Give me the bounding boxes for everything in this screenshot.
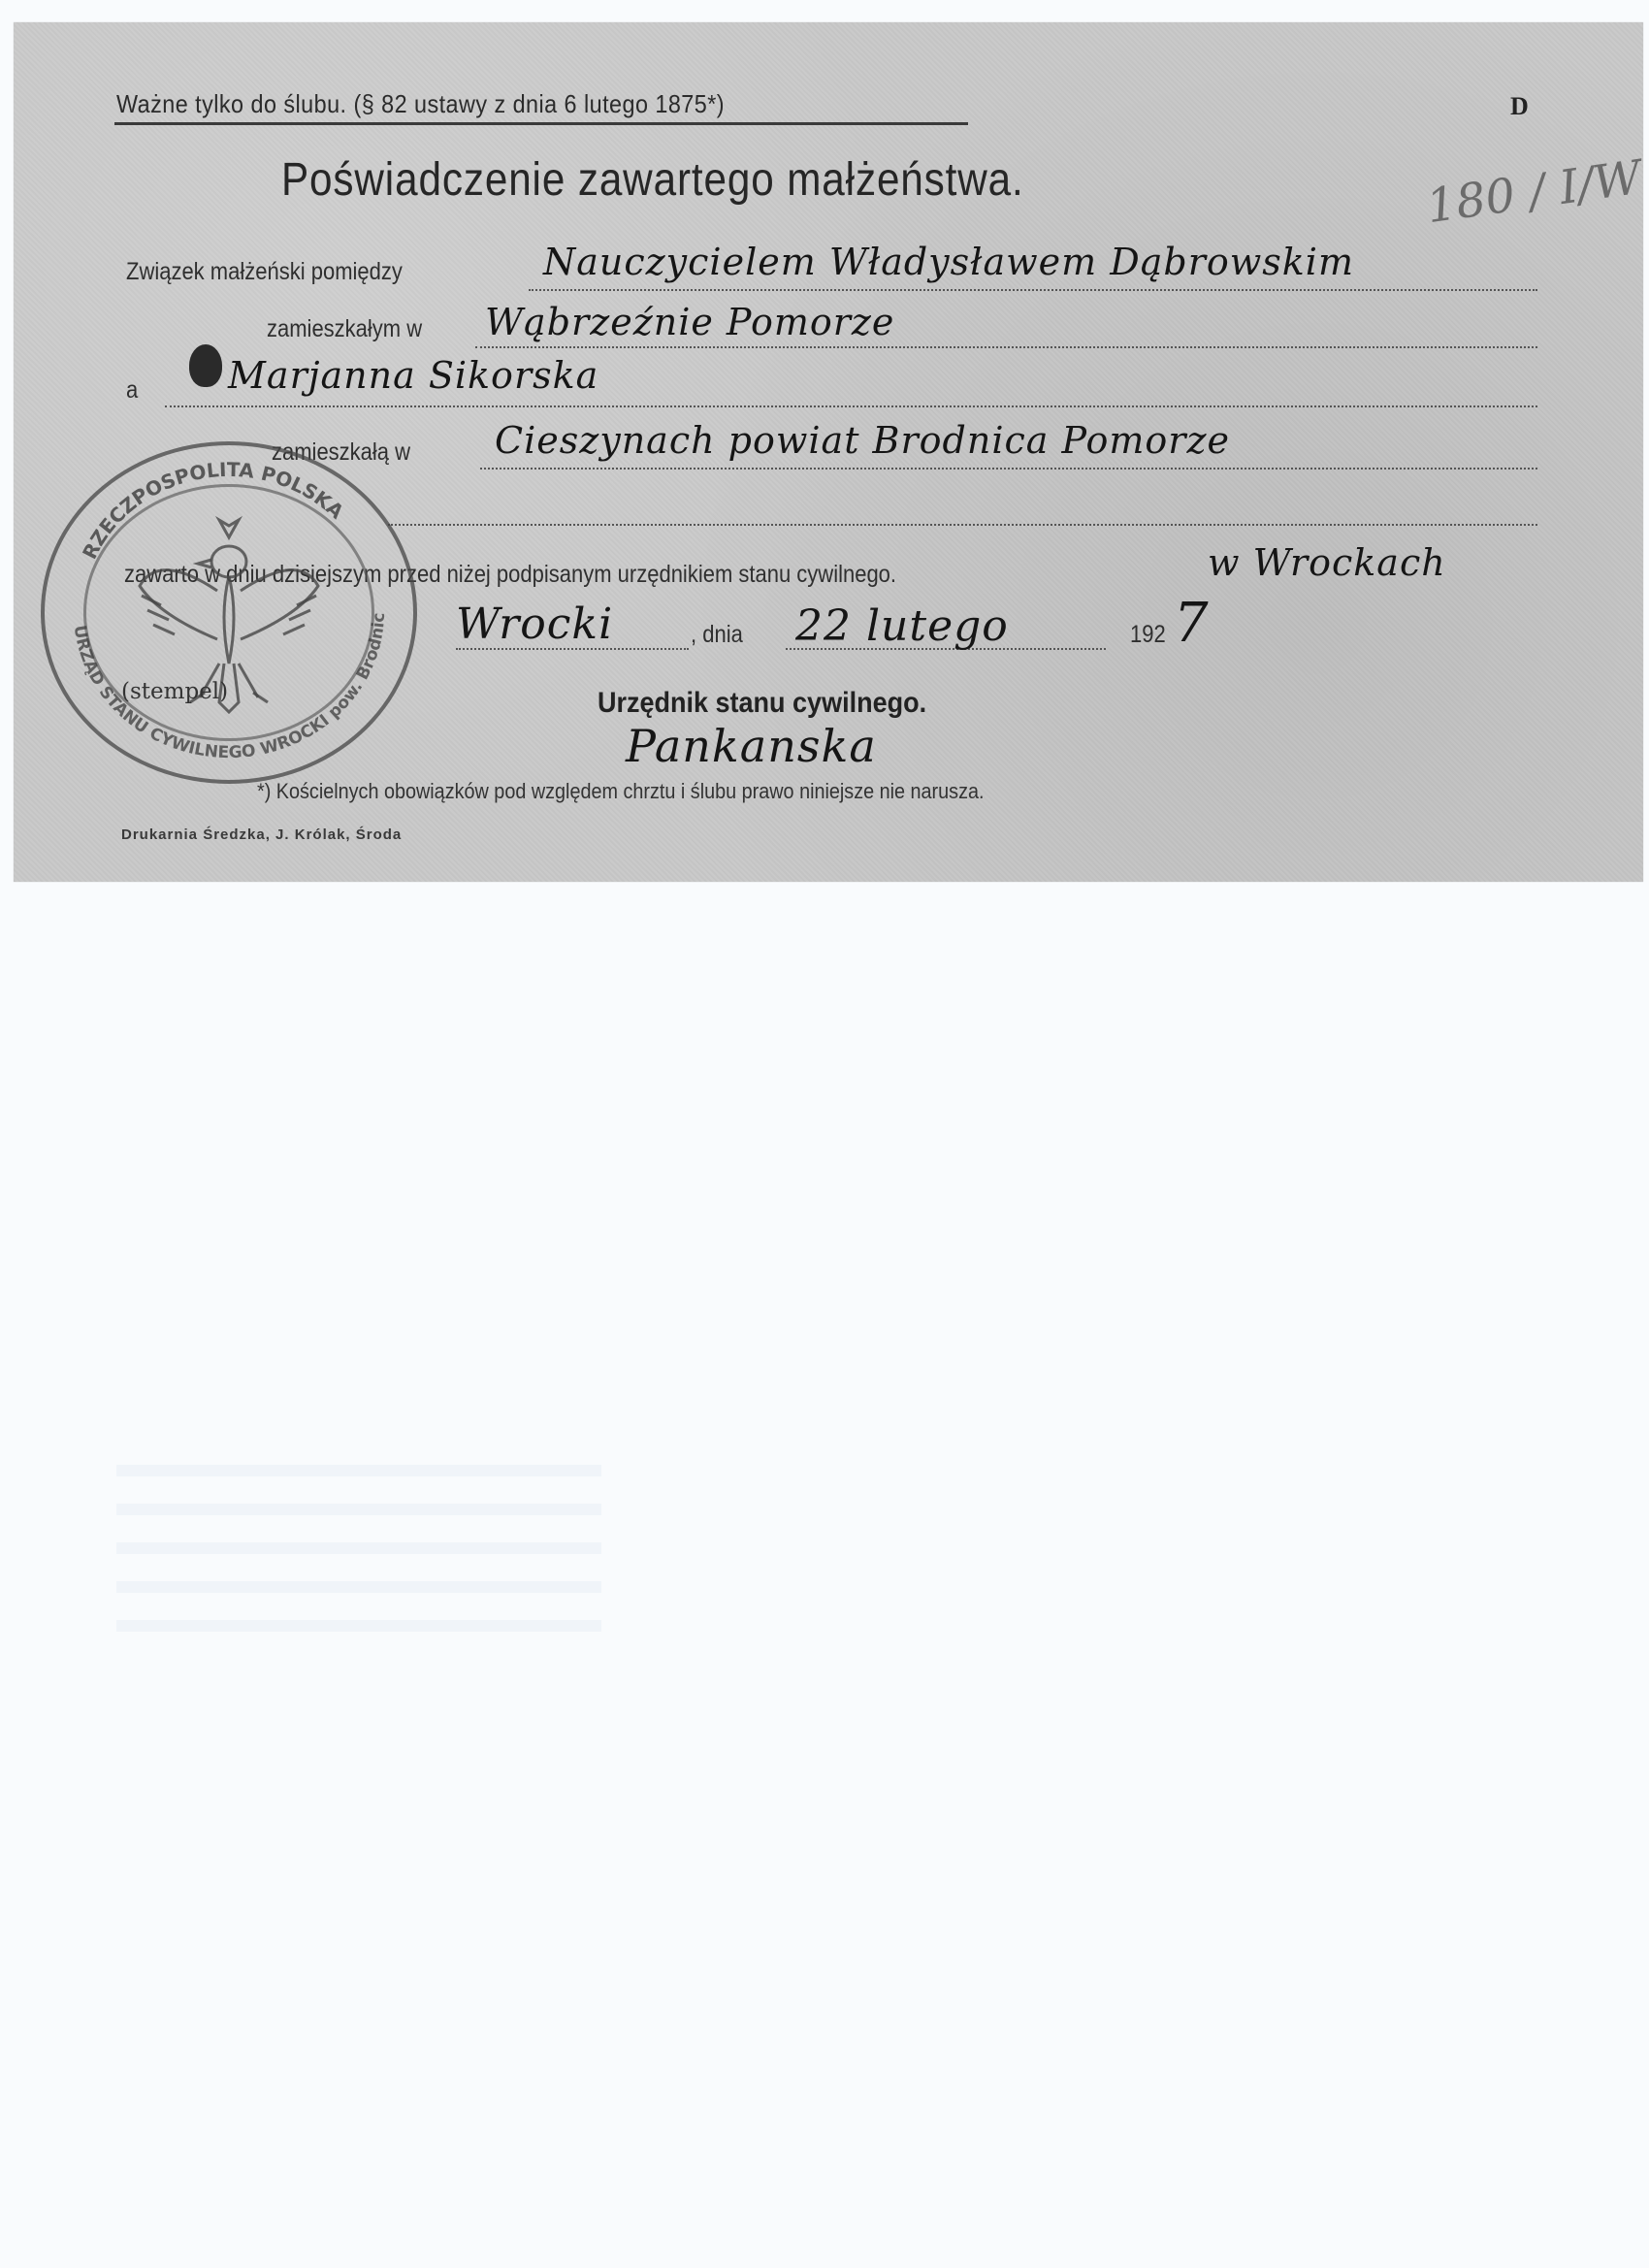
residing-male-dotted-line: [475, 346, 1537, 348]
bleed-through-marks: [116, 1465, 601, 1639]
printer-imprint: Drukarnia Średzka, J. Królak, Środa: [121, 826, 402, 843]
date-value: 22 lutego: [795, 601, 1009, 651]
residing-male-value: Wąbrzeźnie Pomorze: [485, 301, 894, 343]
and-dotted-line: [165, 405, 1537, 407]
residing-female-value: Cieszynach powiat Brodnica Pomorze: [495, 419, 1230, 462]
svg-text:URZĄD STANU CYWILNEGO WROCKI p: URZĄD STANU CYWILNEGO WROCKI pow. Brodni…: [45, 445, 389, 762]
footnote: *) Kościelnych obowiązków pod względem c…: [257, 779, 984, 804]
official-label: Urzędnik stanu cywilnego.: [598, 687, 926, 720]
year-prefix: 192: [1130, 621, 1166, 649]
official-stamp: RZECZPOSPOLITA POLSKA URZĄD STANU CYWILN…: [41, 441, 417, 784]
and-value: Marjanna Sikorska: [228, 354, 598, 397]
place-value: Wrocki: [456, 599, 613, 649]
header-underline: [114, 122, 968, 125]
year-suffix: 7: [1174, 592, 1210, 655]
ink-blot: [189, 344, 222, 387]
eagle-emblem-icon: RZECZPOSPOLITA POLSKA URZĄD STANU CYWILN…: [45, 445, 413, 780]
header-note: Ważne tylko do ślubu. (§ 82 ustawy z dni…: [116, 89, 725, 119]
and-label: a: [126, 376, 138, 405]
document-title: Poświadczenie zawartego małżeństwa.: [281, 153, 1024, 207]
residing-female-dotted-line: [480, 468, 1537, 470]
union-between-label: Związek małżeński pomiędzy: [126, 258, 403, 286]
union-between-value: Nauczycielem Władysławem Dąbrowskim: [543, 241, 1354, 283]
official-signature: Pankanska: [626, 720, 877, 772]
union-between-dotted-line: [529, 289, 1537, 291]
concluded-place-value: w Wrockach: [1208, 541, 1446, 584]
date-label: , dnia: [691, 621, 743, 649]
svg-text:RZECZPOSPOLITA POLSKA: RZECZPOSPOLITA POLSKA: [78, 458, 348, 563]
residing-male-label: zamieszkałym w: [267, 315, 422, 343]
blank-dotted-line: [388, 524, 1537, 526]
form-letter: D: [1510, 92, 1529, 121]
stamp-label: (stempel): [121, 679, 228, 704]
